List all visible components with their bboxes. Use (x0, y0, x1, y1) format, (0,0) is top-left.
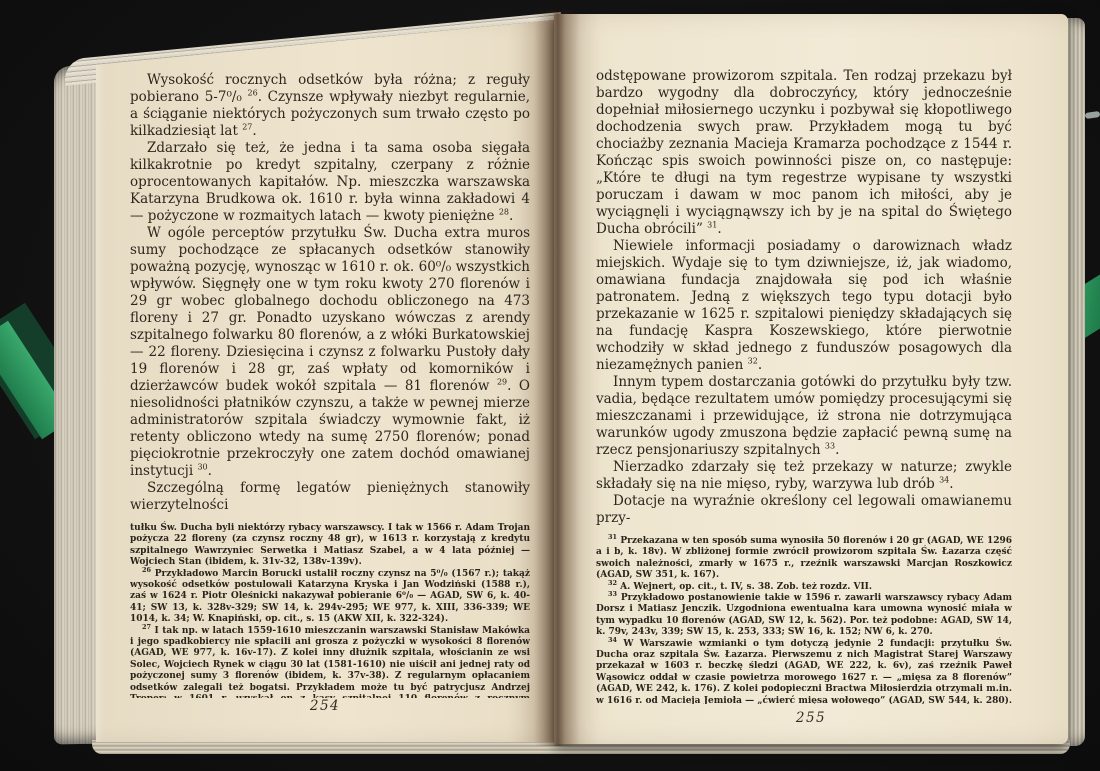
footnote-ref: 26 (248, 89, 258, 98)
footnote: 26 Przykładowo Marcin Borucki ustalił ro… (130, 569, 530, 626)
open-book-photo: Wysokość rocznych odsetków była różna; z… (0, 0, 1100, 771)
right-page-number: 255 (554, 710, 1068, 726)
footnote-ref: 34 (608, 636, 617, 644)
right-page: odstępowane prowizorom szpitala. Ten rod… (554, 14, 1068, 744)
paragraph: W ogóle perceptów przytułku Św. Ducha ex… (130, 225, 530, 480)
footnote-ref: 29 (497, 378, 507, 387)
paragraph: odstępowane prowizorom szpitala. Ten rod… (596, 68, 1012, 238)
footnote-ref: 33 (825, 442, 835, 451)
paragraph: Szczególną formę legatów pieniężnych sta… (130, 480, 530, 514)
left-page-body: Wysokość rocznych odsetków była różna; z… (130, 72, 530, 514)
footnote-ref: 30 (197, 463, 207, 472)
footnote-ref: 27 (242, 123, 252, 132)
paragraph: Innym typem dostarczania gotówki do przy… (596, 374, 1012, 459)
paragraph: Wysokość rocznych odsetków była różna; z… (130, 72, 530, 140)
paragraph: Dotacje na wyraźnie określony cel legowa… (596, 493, 1012, 527)
footnote-ref: 34 (939, 476, 949, 485)
footnote: 33 Przykładowo postanowienie takie w 159… (596, 593, 1012, 639)
footnote-ref: 33 (608, 590, 617, 598)
paragraph: Zdarzało się też, że jedna i ta sama oso… (130, 140, 530, 225)
right-page-body: odstępowane prowizorom szpitala. Ten rod… (596, 68, 1012, 527)
left-page-text-column: Wysokość rocznych odsetków była różna; z… (130, 72, 530, 698)
footnote: 32 A. Wejnert, op. cit., t. IV, s. 38. Z… (596, 582, 1012, 593)
footnote-ref: 31 (608, 533, 617, 541)
footnote: 31 Przekazana w ten sposób suma wynosiła… (596, 536, 1012, 582)
right-page-text-column: odstępowane prowizorom szpitala. Ten rod… (596, 68, 1012, 704)
page-marker-dash (1085, 111, 1100, 119)
footnote: tułku Św. Ducha byli niektórzy rybacy wa… (130, 523, 530, 569)
footnote: 27 I tak np. w latach 1559-1610 mieszcza… (130, 626, 530, 698)
footnote: 34 W Warszawie wzmianki o tym dotyczą je… (596, 639, 1012, 704)
footnote-ref: 27 (142, 623, 151, 631)
footnote-ref: 31 (707, 221, 717, 230)
paragraph: Niewiele informacji posiadamy o darowizn… (596, 238, 1012, 374)
left-page: Wysokość rocznych odsetków była różna; z… (96, 20, 554, 742)
footnote-ref: 32 (748, 357, 758, 366)
footnote-ref: 28 (499, 208, 509, 217)
left-page-number: 254 (96, 698, 554, 714)
footnote-ref: 26 (142, 566, 151, 574)
left-page-footnotes: tułku Św. Ducha byli niektórzy rybacy wa… (130, 523, 530, 698)
footnote-ref: 32 (608, 579, 617, 587)
paragraph: Nierzadko zdarzały się też przekazy w na… (596, 459, 1012, 493)
right-page-footnotes: 31 Przekazana w ten sposób suma wynosiła… (596, 536, 1012, 704)
